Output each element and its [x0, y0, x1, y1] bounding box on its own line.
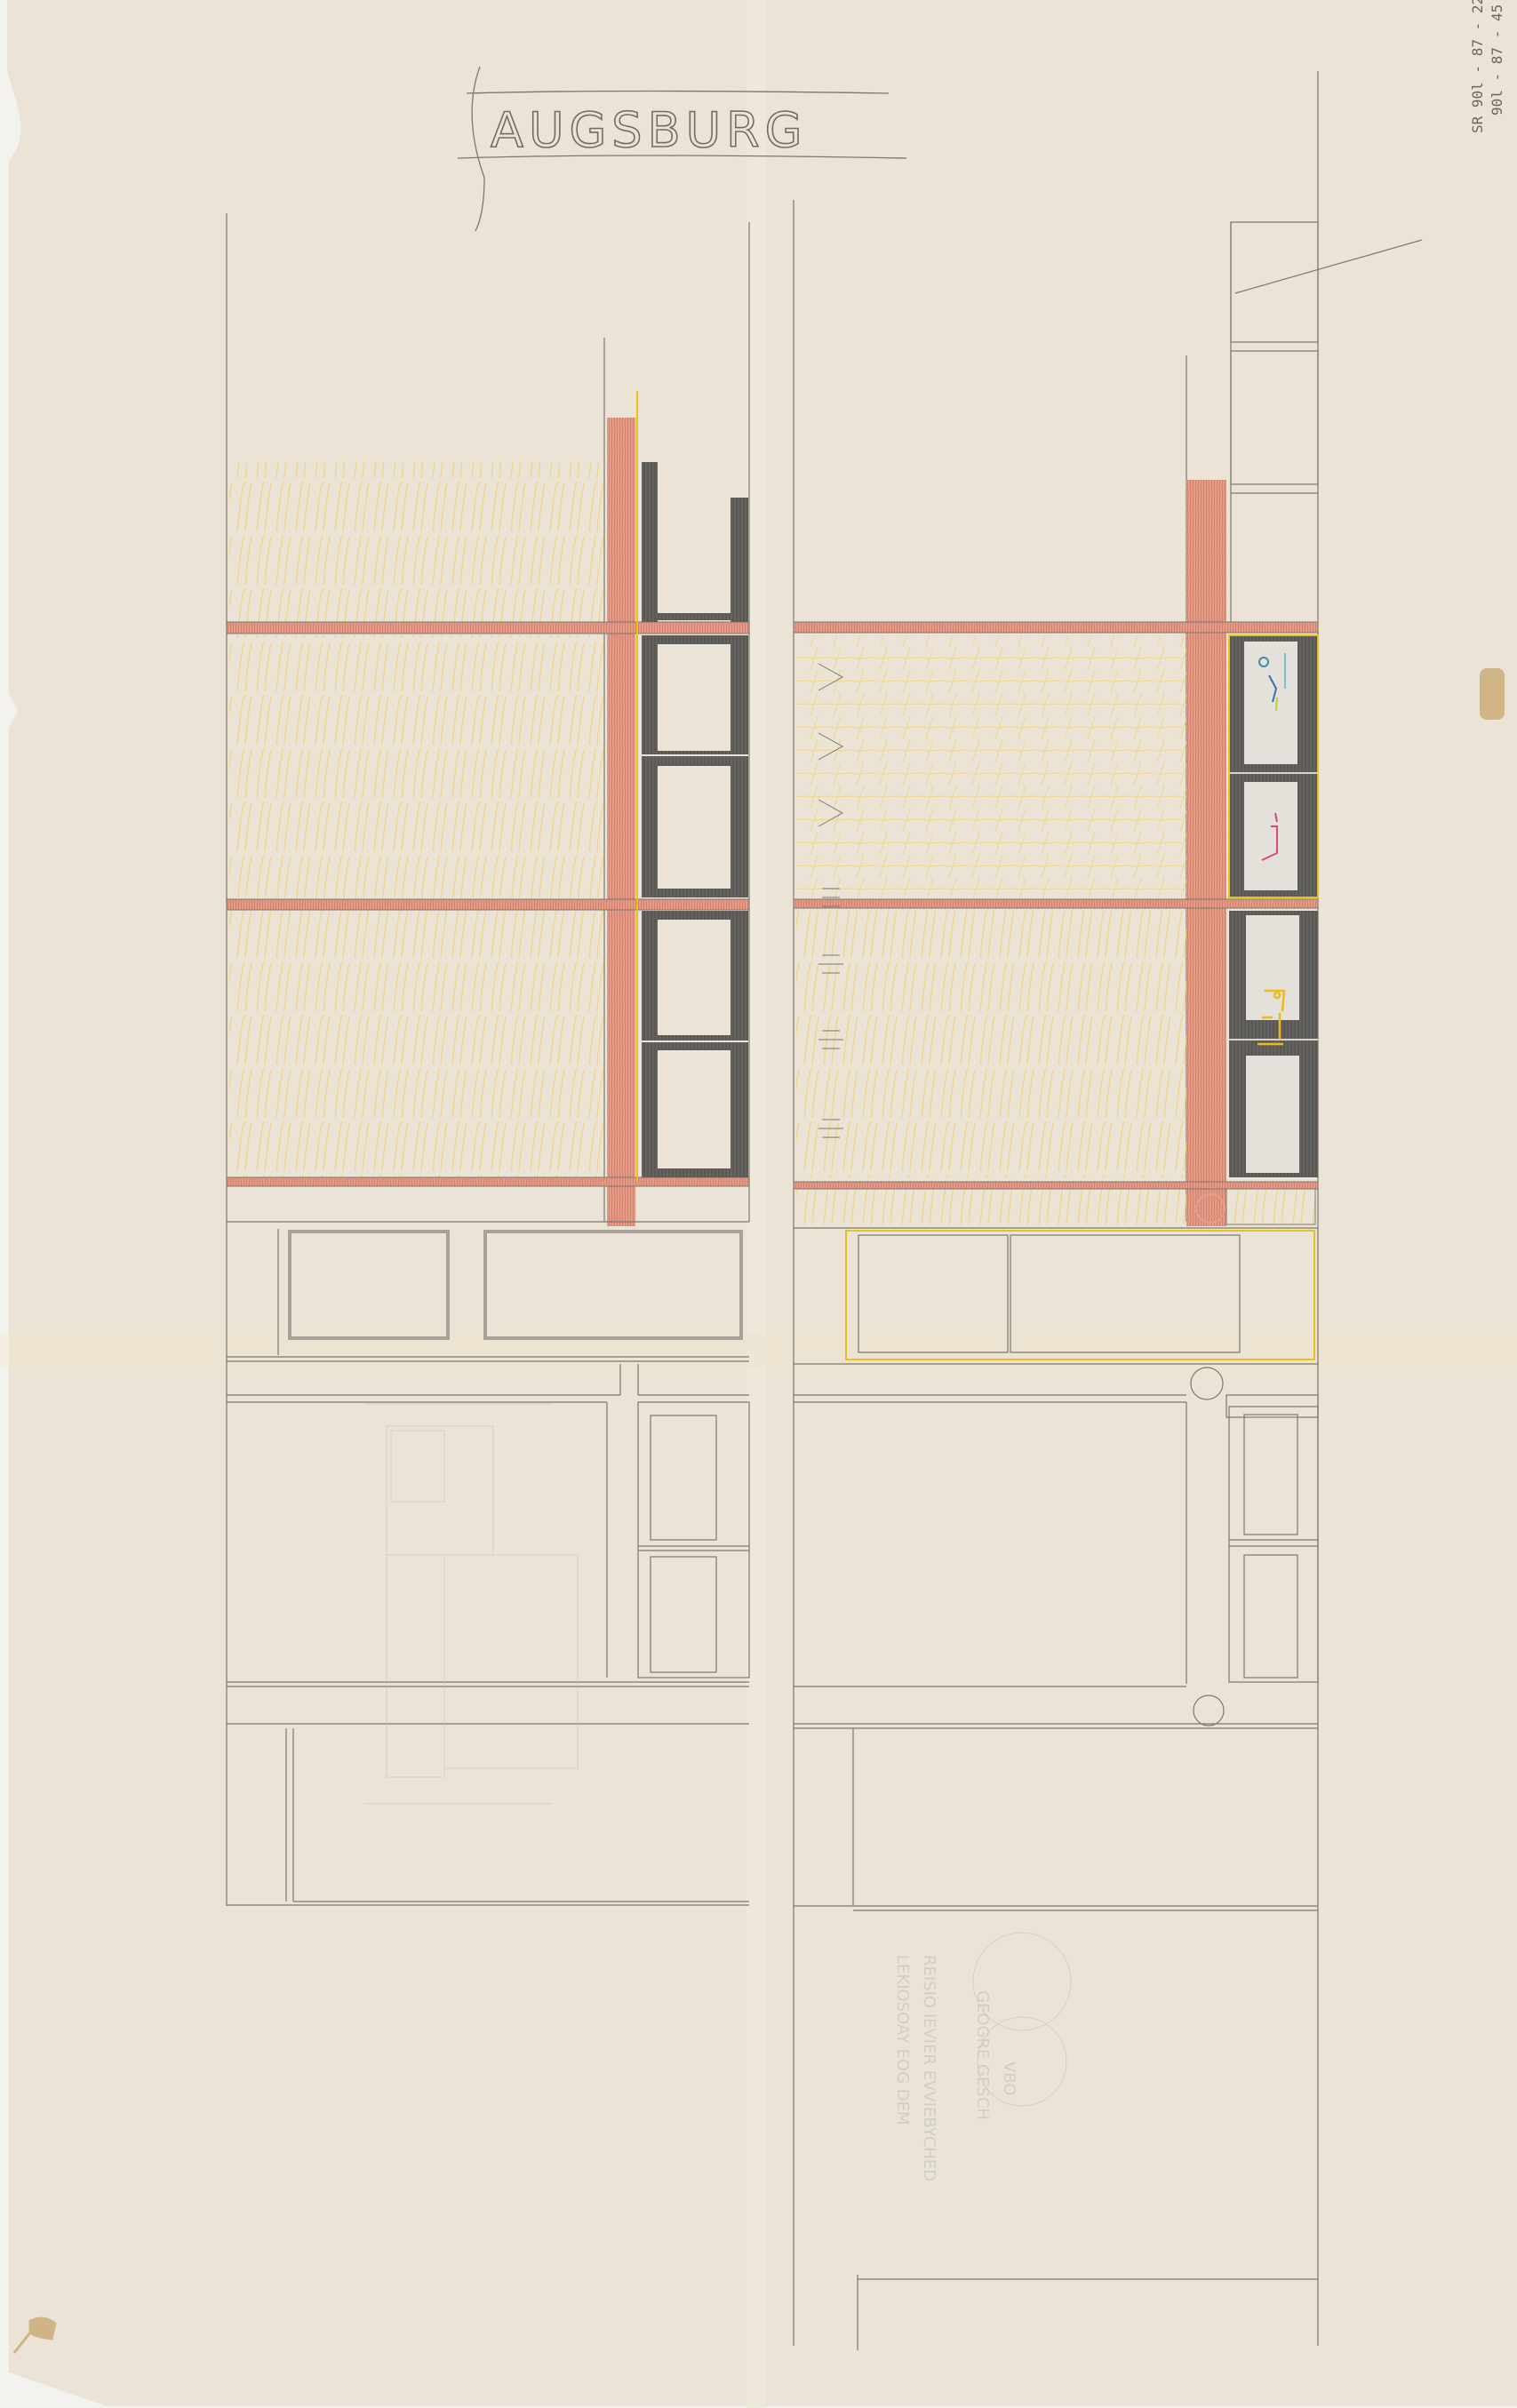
red-column-right [1186, 480, 1226, 1226]
drawing-title: AUGSBURG [491, 102, 808, 158]
archive-mark-1: 90l - 87 - 45 [1489, 4, 1505, 116]
drawing-sheet: AUGSBURG 90l - 87 - 45 SR 90l - 87 - 220 [0, 0, 1517, 2408]
red-column [607, 418, 635, 1226]
horizontal-fold [0, 1333, 1517, 1368]
archive-mark-2: SR 90l - 87 - 220 [1469, 0, 1486, 133]
ghost-line-2: LEKIOSOAY EOG DEM [893, 1955, 912, 2125]
ghost-line-1: REISIO IEVIER EVVIEBYCHED [920, 1955, 938, 2181]
ghost-line-4: VBO [1000, 2061, 1018, 2096]
stain-right [1480, 668, 1505, 720]
